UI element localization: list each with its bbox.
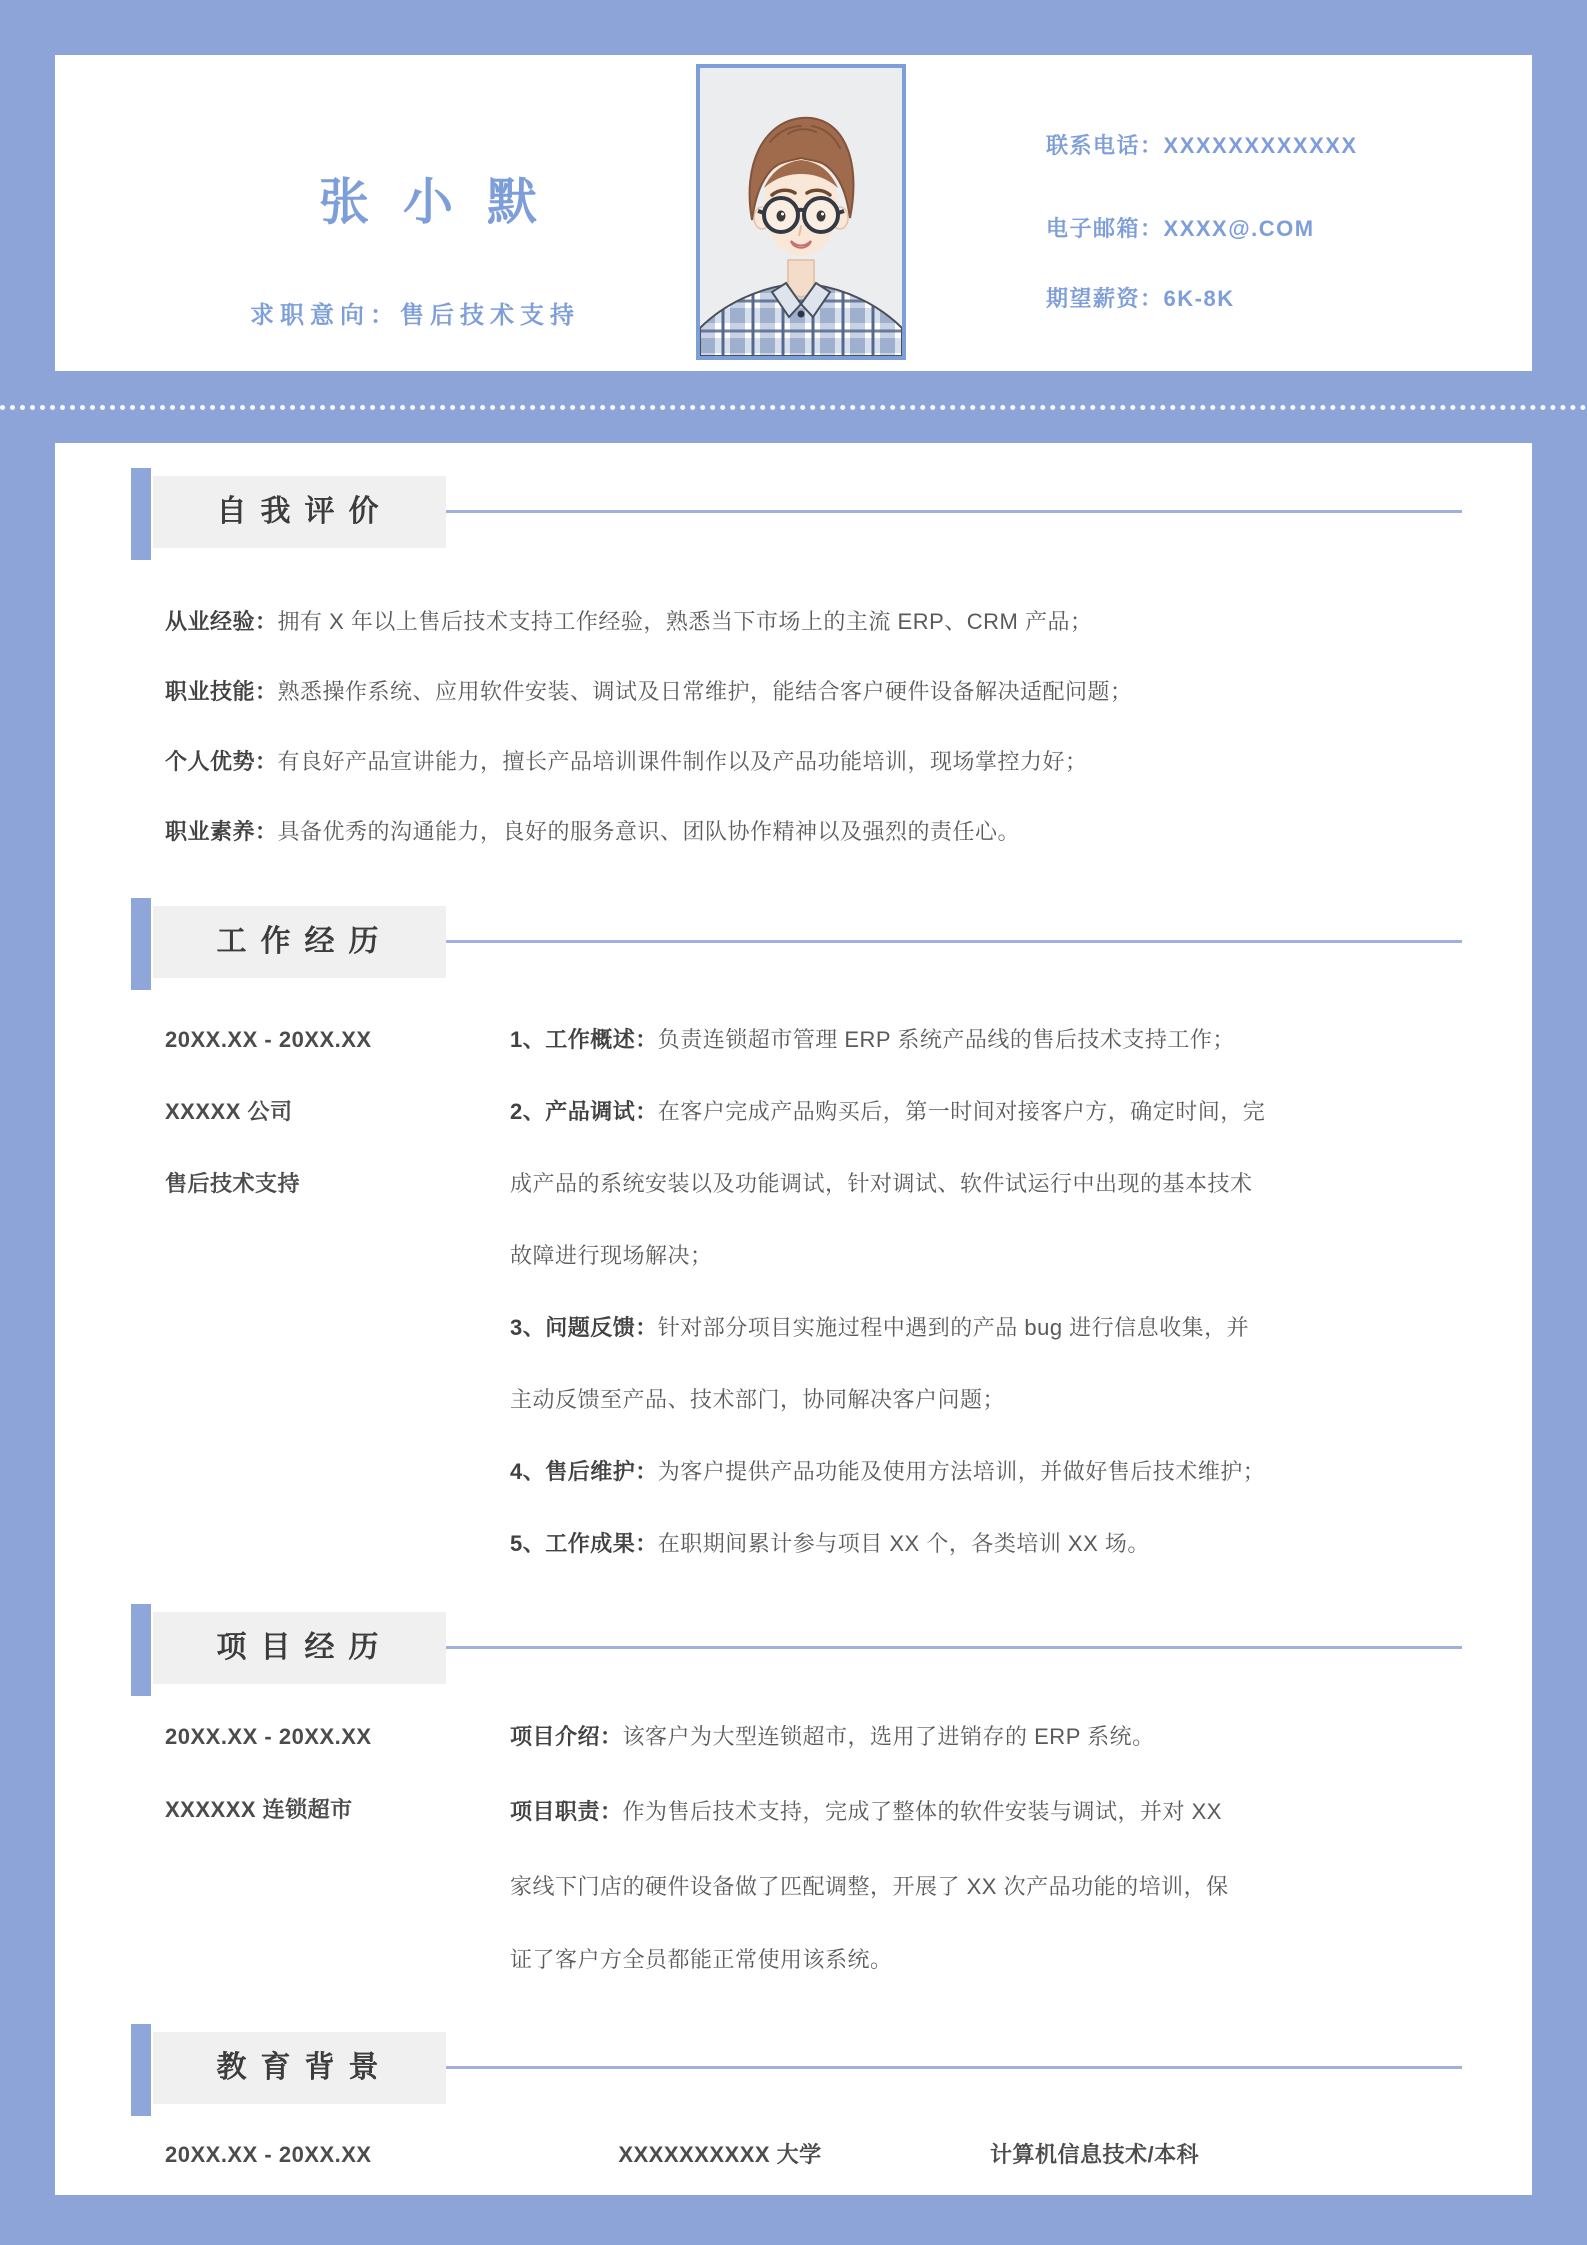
section-divider-line: [446, 510, 1462, 513]
contact-phone-value: XXXXXXXXXXXX: [1164, 133, 1358, 158]
education-major: 计算机信息技术/本科: [990, 2140, 1199, 2170]
resume-page: { "colors": { "page_blue": "#8CA4D8", "a…: [0, 0, 1587, 2245]
contact-salary-label: 期望薪资：: [1046, 286, 1164, 311]
contact-email: 电子邮箱：XXXX@.COM: [1046, 214, 1315, 244]
section-divider-line: [446, 1646, 1462, 1649]
project-line-text: 作为售后技术支持，完成了整体的软件安装与调试，并对 XX: [623, 1799, 1222, 1824]
project-line-text: 家线下门店的硬件设备做了匹配调整，开展了 XX 次产品功能的培训，保: [510, 1874, 1229, 1899]
content-card: 自我评价 从业经验：拥有 X 年以上售后技术支持工作经验，熟悉当下市场上的主流 …: [55, 443, 1532, 2195]
contact-phone-label: 联系电话：: [1046, 133, 1164, 158]
self-eval-item: 职业技能：熟悉操作系统、应用软件安装、调试及日常维护，能结合客户硬件设备解决适配…: [165, 677, 1133, 707]
project-client: XXXXXX 连锁超市: [165, 1795, 353, 1825]
section-title-project: 项目经历: [153, 1612, 446, 1684]
work-line-text: 主动反馈至产品、技术部门，协同解决客户问题；: [510, 1387, 1005, 1412]
education-period: 20XX.XX - 20XX.XX: [165, 2140, 372, 2170]
item-label: 职业技能：: [165, 679, 278, 704]
project-line: 证了客户方全员都能正常使用该系统。: [510, 1945, 893, 1975]
education-school: XXXXXXXXXX 大学: [555, 2140, 885, 2170]
project-line-label: 项目介绍：: [510, 1724, 623, 1749]
work-line-label: 4、售后维护：: [510, 1459, 658, 1484]
item-text: 拥有 X 年以上售后技术支持工作经验，熟悉当下市场上的主流 ERP、CRM 产品…: [278, 609, 1093, 634]
section-title-self-eval: 自我评价: [153, 476, 446, 548]
contact-phone: 联系电话：XXXXXXXXXXXX: [1046, 131, 1358, 161]
project-line: 家线下门店的硬件设备做了匹配调整，开展了 XX 次产品功能的培训，保: [510, 1872, 1229, 1902]
contact-email-value: XXXX@.COM: [1164, 216, 1315, 241]
self-eval-item: 从业经验：拥有 X 年以上售后技术支持工作经验，熟悉当下市场上的主流 ERP、C…: [165, 607, 1092, 637]
project-period: 20XX.XX - 20XX.XX: [165, 1722, 372, 1752]
work-line: 3、问题反馈：针对部分项目实施过程中遇到的产品 bug 进行信息收集，并: [510, 1313, 1249, 1343]
self-eval-item: 职业素养：具备优秀的沟通能力，良好的服务意识、团队协作精神以及强烈的责任心。: [165, 817, 1020, 847]
work-line-label: 5、工作成果：: [510, 1531, 658, 1556]
project-line-text: 该客户为大型连锁超市，选用了进销存的 ERP 系统。: [623, 1724, 1155, 1749]
item-label: 职业素养：: [165, 819, 278, 844]
work-line-label: 3、问题反馈：: [510, 1315, 658, 1340]
contact-salary: 期望薪资：6K-8K: [1046, 284, 1235, 314]
header-card: 张小默 求职意向：售后技术支持: [55, 55, 1532, 371]
section-divider-line: [446, 2066, 1462, 2069]
work-line-label: 1、工作概述：: [510, 1027, 658, 1052]
project-line-text: 证了客户方全员都能正常使用该系统。: [510, 1947, 893, 1972]
item-label: 个人优势：: [165, 749, 278, 774]
profile-photo: [696, 64, 906, 360]
work-line-text: 为客户提供产品功能及使用方法培训，并做好售后技术维护；: [658, 1459, 1266, 1484]
work-line-text: 在职期间累计参与项目 XX 个，各类培训 XX 场。: [658, 1531, 1150, 1556]
work-position: 售后技术支持: [165, 1169, 300, 1199]
section-title-work: 工作经历: [153, 906, 446, 978]
section-accent-bar: [131, 468, 151, 560]
work-line: 1、工作概述：负责连锁超市管理 ERP 系统产品线的售后技术支持工作；: [510, 1025, 1235, 1055]
work-line: 2、产品调试：在客户完成产品购买后，第一时间对接客户方，确定时间，完: [510, 1097, 1265, 1127]
work-line: 5、工作成果：在职期间累计参与项目 XX 个，各类培训 XX 场。: [510, 1529, 1150, 1559]
project-line-label: 项目职责：: [510, 1799, 623, 1824]
item-label: 从业经验：: [165, 609, 278, 634]
work-period: 20XX.XX - 20XX.XX: [165, 1025, 372, 1055]
work-line: 故障进行现场解决；: [510, 1241, 713, 1271]
item-text: 熟悉操作系统、应用软件安装、调试及日常维护，能结合客户硬件设备解决适配问题；: [278, 679, 1133, 704]
section-accent-bar: [131, 1604, 151, 1696]
job-intent: 求职意向：售后技术支持: [185, 295, 645, 330]
self-eval-item: 个人优势：有良好产品宣讲能力，擅长产品培训课件制作以及产品功能培训，现场掌控力好…: [165, 747, 1088, 777]
dotted-divider: [0, 405, 1587, 410]
work-line-text: 针对部分项目实施过程中遇到的产品 bug 进行信息收集，并: [658, 1315, 1249, 1340]
candidate-name: 张小默: [205, 175, 655, 230]
work-line-text: 在客户完成产品购买后，第一时间对接客户方，确定时间，完: [658, 1099, 1266, 1124]
contact-email-label: 电子邮箱：: [1046, 216, 1164, 241]
section-accent-bar: [131, 2024, 151, 2116]
work-line: 成产品的系统安装以及功能调试，针对调试、软件试运行中出现的基本技术: [510, 1169, 1253, 1199]
work-line-label: 2、产品调试：: [510, 1099, 658, 1124]
project-line: 项目职责：作为售后技术支持，完成了整体的软件安装与调试，并对 XX: [510, 1797, 1222, 1827]
project-line: 项目介绍：该客户为大型连锁超市，选用了进销存的 ERP 系统。: [510, 1722, 1155, 1752]
section-title-education: 教育背景: [153, 2032, 446, 2104]
contact-salary-value: 6K-8K: [1164, 286, 1235, 311]
work-line-text: 负责连锁超市管理 ERP 系统产品线的售后技术支持工作；: [658, 1027, 1235, 1052]
work-line: 主动反馈至产品、技术部门，协同解决客户问题；: [510, 1385, 1005, 1415]
item-text: 具备优秀的沟通能力，良好的服务意识、团队协作精神以及强烈的责任心。: [278, 819, 1021, 844]
section-accent-bar: [131, 898, 151, 990]
item-text: 有良好产品宣讲能力，擅长产品培训课件制作以及产品功能培训，现场掌控力好；: [278, 749, 1088, 774]
work-line: 4、售后维护：为客户提供产品功能及使用方法培训，并做好售后技术维护；: [510, 1457, 1265, 1487]
work-line-text: 成产品的系统安装以及功能调试，针对调试、软件试运行中出现的基本技术: [510, 1171, 1253, 1196]
header-separator-band: [0, 371, 1587, 443]
portrait-illustration: [700, 68, 902, 356]
work-company: XXXXX 公司: [165, 1097, 292, 1127]
work-line-text: 故障进行现场解决；: [510, 1243, 713, 1268]
section-divider-line: [446, 940, 1462, 943]
